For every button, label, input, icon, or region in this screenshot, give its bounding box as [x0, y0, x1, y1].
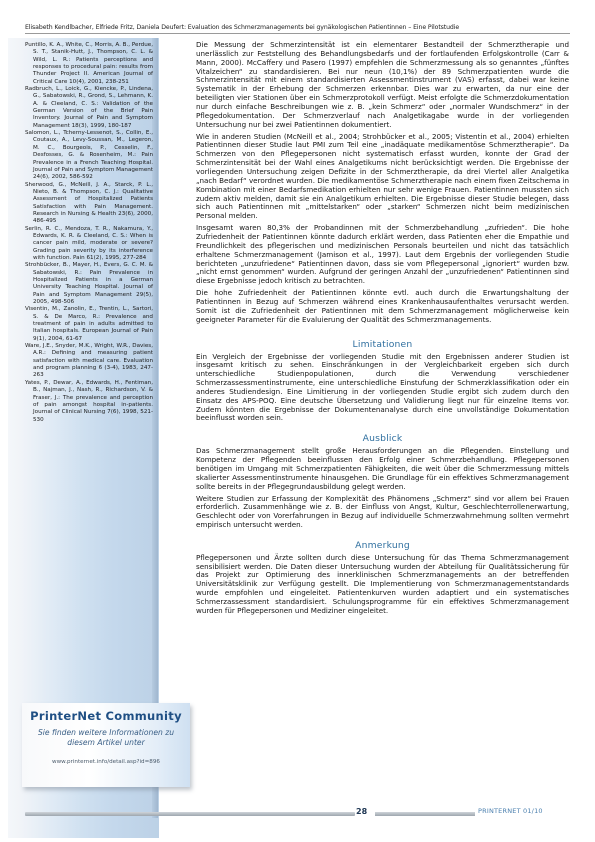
reference-item: Radbruch, L., Loick, G., Kiencke, P., Li…	[25, 86, 153, 130]
running-header: Elisabeth Kendlbacher, Elfriede Fritz, D…	[25, 24, 570, 34]
footer-rule-left	[25, 812, 355, 816]
reference-item: Ware, J.E., Snyder, M.K., Wright, W.R., …	[25, 343, 153, 380]
reference-item: Yates, P., Dewar, A., Edwards, H., Fenti…	[25, 380, 153, 424]
body-paragraph: Pflegepersonen und Ärzte sollten durch d…	[196, 554, 569, 616]
reference-item: Strohbücker, B., Mayer, H., Evers, G. C.…	[25, 262, 153, 306]
reference-item: Visentin, M., Zanolin, E., Trentin, L., …	[25, 306, 153, 343]
reference-item: Serlin, R. C., Mendoza, T. R., Nakamura,…	[25, 226, 153, 263]
running-title: Elisabeth Kendlbacher, Elfriede Fritz, D…	[25, 24, 459, 31]
footer-rule-right	[375, 812, 475, 816]
page-number: 28	[356, 807, 367, 816]
promo-url-link[interactable]: www.printernet.info/detail.asp?id=896	[22, 759, 190, 765]
journal-issue: PRINTERNET 01/10	[478, 807, 543, 815]
reference-item: Sherwood, G., McNeill, J. A., Starck, P.…	[25, 182, 153, 226]
body-paragraph: Das Schmerzmanagement stellt große Herau…	[196, 447, 569, 491]
promo-title: PrinterNet Community	[22, 709, 190, 723]
promo-subtitle: Sie finden weitere Informationen zu dies…	[24, 728, 188, 748]
section-heading-ausblick: Ausblick	[196, 435, 569, 444]
body-paragraph: Wie in anderen Studien (McNeill et al., …	[196, 133, 569, 221]
section-heading-anmerkung: Anmerkung	[196, 542, 569, 551]
printernet-community-box: PrinterNet Community Sie finden weitere …	[22, 703, 190, 787]
body-paragraph: Weitere Studien zur Erfassung der Komple…	[196, 495, 569, 530]
body-paragraph: Die hohe Zufriedenheit der Patientinnen …	[196, 289, 569, 324]
main-text-column: Die Messung der Schmerzintensität ist ei…	[196, 41, 569, 619]
reference-item: Salomon, L., Tcherny-Lessenot, S., Colli…	[25, 130, 153, 181]
section-heading-limitationen: Limitationen	[196, 341, 569, 350]
reference-item: Puntillo, K. A., White, C., Morris, A. B…	[25, 42, 153, 86]
body-paragraph: Die Messung der Schmerzintensität ist ei…	[196, 41, 569, 129]
body-paragraph: Ein Vergleich der Ergebnisse der vorlieg…	[196, 353, 569, 424]
body-paragraph: Insgesamt waren 80,3% der Probandinnen m…	[196, 224, 569, 286]
reference-list: Puntillo, K. A., White, C., Morris, A. B…	[25, 42, 153, 424]
